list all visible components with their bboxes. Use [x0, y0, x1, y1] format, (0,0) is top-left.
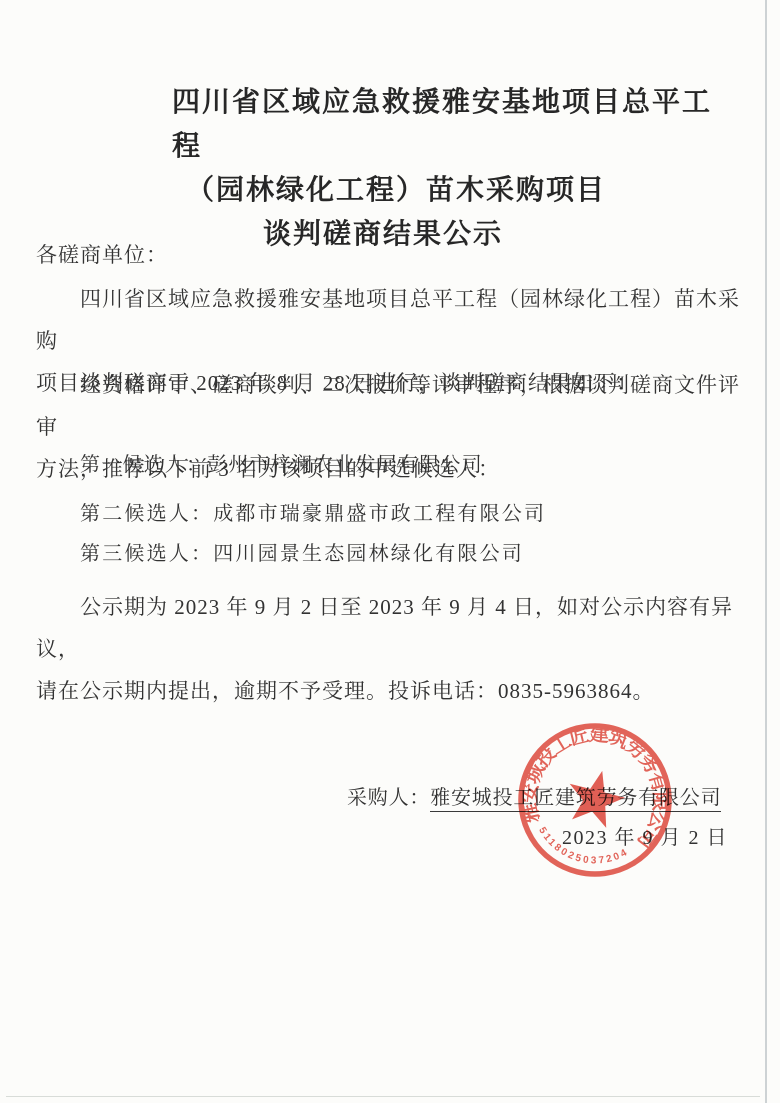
purchaser-label: 采购人： — [347, 787, 430, 809]
salutation: 各磋商单位： — [36, 234, 748, 276]
title-line: 四川省区域应急救援雅安基地项目总平工程 — [172, 80, 740, 168]
signature-date: 2023 年 9 月 2 日 — [562, 821, 728, 850]
candidate-third: 第三候选人：四川园景生态园林绿化有限公司 — [36, 537, 748, 566]
document-title: 四川省区域应急救援雅安基地项目总平工程 （园林绿化工程）苗木采购项目 谈判磋商结… — [36, 80, 740, 256]
paragraph-notice: 公示期为 2023 年 9 月 2 日至 2023 年 9 月 4 日，如对公示… — [36, 586, 748, 712]
scan-edge-right — [765, 0, 767, 1103]
candidate-second: 第二候选人：成都市瑞豪鼎盛市政工程有限公司 — [36, 497, 748, 526]
scan-edge-bottom — [6, 1096, 760, 1097]
purchaser-line: 采购人：雅安城投工匠建筑劳务有限公司 — [347, 781, 721, 810]
candidate-first: 第一候选人：彭州市梓澜农业发展有限公司 — [36, 448, 748, 477]
purchaser-name: 雅安城投工匠建筑劳务有限公司 — [430, 787, 721, 812]
title-line: （园林绿化工程）苗木采购项目 — [186, 168, 740, 212]
scanned-document-page: 四川省区域应急救援雅安基地项目总平工程 （园林绿化工程）苗木采购项目 谈判磋商结… — [0, 0, 780, 1103]
